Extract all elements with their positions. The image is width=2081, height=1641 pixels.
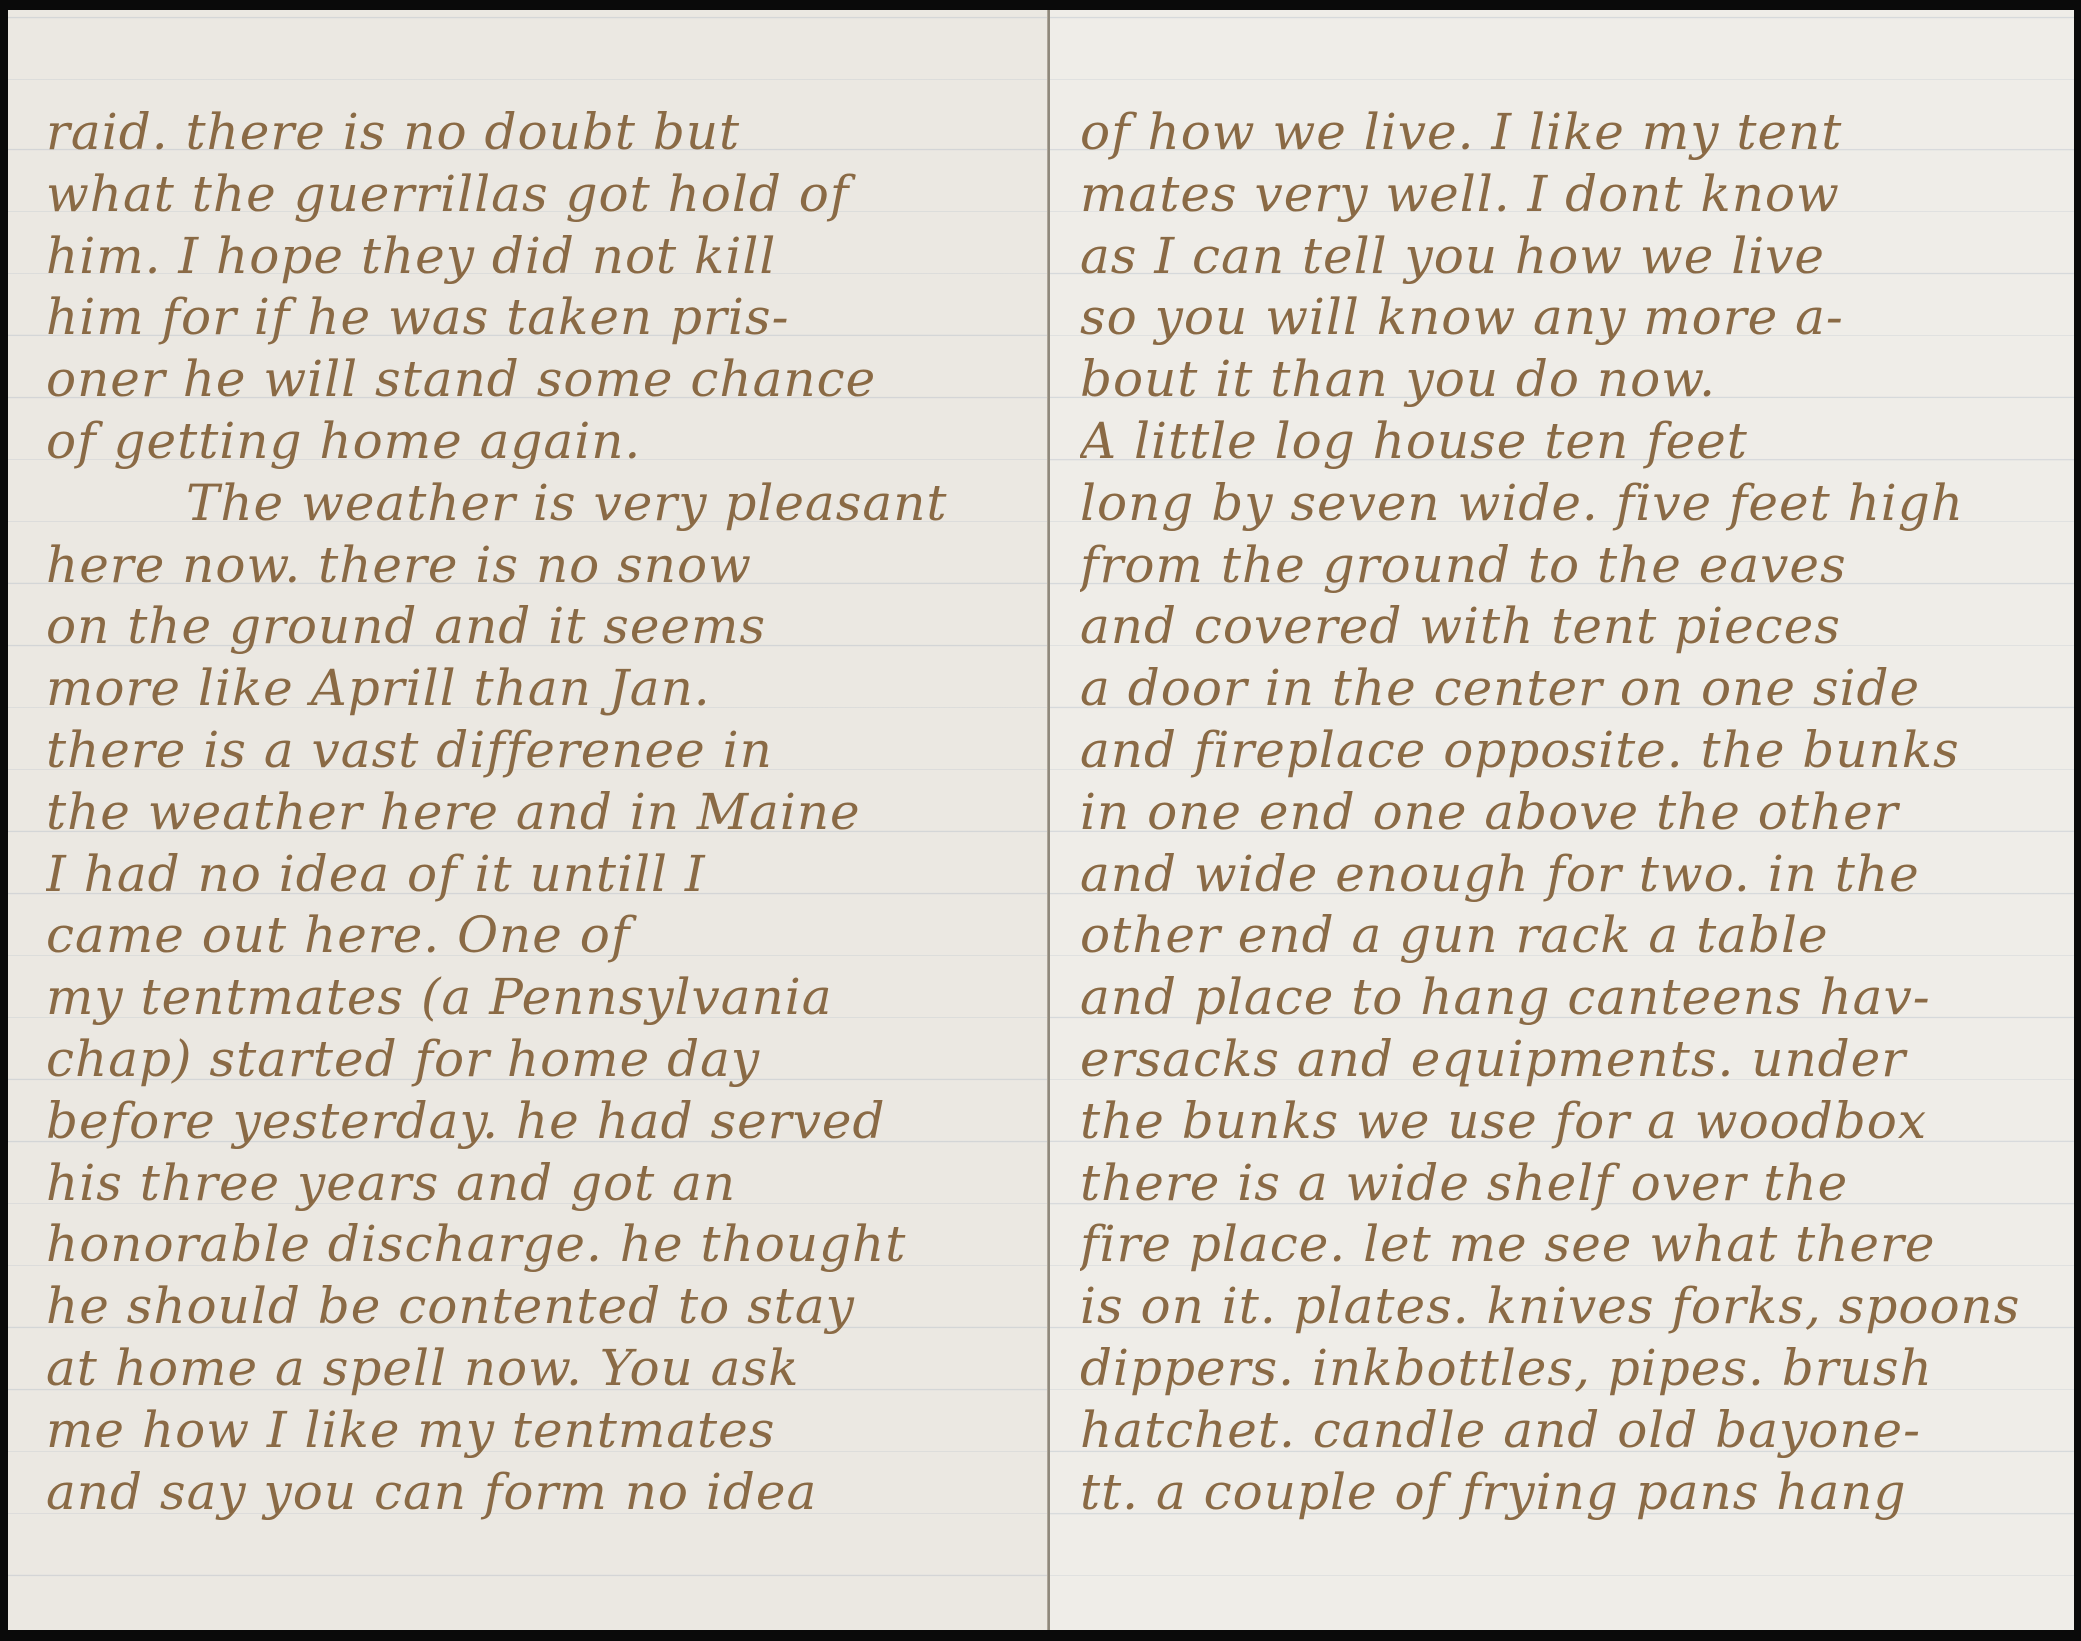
left-page: raid. there is no doubt but what the gue… — [8, 10, 1050, 1630]
text-line: chap) started for home day — [46, 1029, 1034, 1091]
text-line: dippers. inkbottles, pipes. brush — [1080, 1338, 2064, 1400]
text-line: before yesterday. he had served — [46, 1091, 1034, 1153]
text-line: here now. there is no snow — [46, 535, 1034, 597]
text-line: he should be contented to stay — [46, 1276, 1034, 1338]
text-line: my tentmates (a Pennsylvania — [46, 967, 1034, 1029]
text-line: is on it. plates. knives forks, spoons — [1080, 1276, 2064, 1338]
text-line: and place to hang canteens hav- — [1080, 967, 2064, 1029]
text-line: came out here. One of — [46, 905, 1034, 967]
left-page-text: raid. there is no doubt but what the gue… — [46, 102, 1034, 1523]
text-line: at home a spell now. You ask — [46, 1338, 1034, 1400]
right-page-text: of how we live. I like my tent mates ver… — [1080, 102, 2064, 1523]
text-line: bout it than you do now. — [1080, 349, 2064, 411]
text-line: me how I like my tentmates — [46, 1400, 1034, 1462]
text-line: him for if he was taken pris- — [46, 287, 1034, 349]
text-line: oner he will stand some chance — [46, 349, 1034, 411]
text-line: long by seven wide. five feet high — [1080, 473, 2064, 535]
text-line: honorable discharge. he thought — [46, 1214, 1034, 1276]
text-line: the weather here and in Maine — [46, 782, 1034, 844]
text-line: mates very well. I dont know — [1080, 164, 2064, 226]
text-line: a door in the center on one side — [1080, 658, 2064, 720]
text-line: as I can tell you how we live — [1080, 226, 2064, 288]
text-line: I had no idea of it untill I — [46, 844, 1034, 906]
text-line: so you will know any more a- — [1080, 287, 2064, 349]
text-line: more like Aprill than Jan. — [46, 658, 1034, 720]
text-line: from the ground to the eaves — [1080, 535, 2064, 597]
text-line: hatchet. candle and old bayone- — [1080, 1400, 2064, 1462]
text-line: the bunks we use for a woodbox — [1080, 1091, 2064, 1153]
text-line: and wide enough for two. in the — [1080, 844, 2064, 906]
text-line: tt. a couple of frying pans hang — [1080, 1462, 2064, 1524]
text-line: A little log house ten feet — [1080, 411, 2064, 473]
text-line: and fireplace opposite. the bunks — [1080, 720, 2064, 782]
text-line: there is a vast differenee in — [46, 720, 1034, 782]
text-line: in one end one above the other — [1080, 782, 2064, 844]
text-line: what the guerrillas got hold of — [46, 164, 1034, 226]
text-line: The weather is very pleasant — [46, 473, 1034, 535]
text-line: of how we live. I like my tent — [1080, 102, 2064, 164]
text-line: on the ground and it seems — [46, 596, 1034, 658]
text-line: and covered with tent pieces — [1080, 596, 2064, 658]
text-line: fire place. let me see what there — [1080, 1214, 2064, 1276]
text-line: his three years and got an — [46, 1153, 1034, 1215]
text-line: raid. there is no doubt but — [46, 102, 1034, 164]
text-line: him. I hope they did not kill — [46, 226, 1034, 288]
text-line: there is a wide shelf over the — [1080, 1153, 2064, 1215]
text-line: of getting home again. — [46, 411, 1034, 473]
text-line: and say you can form no idea — [46, 1462, 1034, 1524]
text-line: ersacks and equipments. under — [1080, 1029, 2064, 1091]
right-page: of how we live. I like my tent mates ver… — [1050, 10, 2074, 1630]
letter-sheet: raid. there is no doubt but what the gue… — [8, 10, 2074, 1630]
text-line: other end a gun rack a table — [1080, 905, 2064, 967]
